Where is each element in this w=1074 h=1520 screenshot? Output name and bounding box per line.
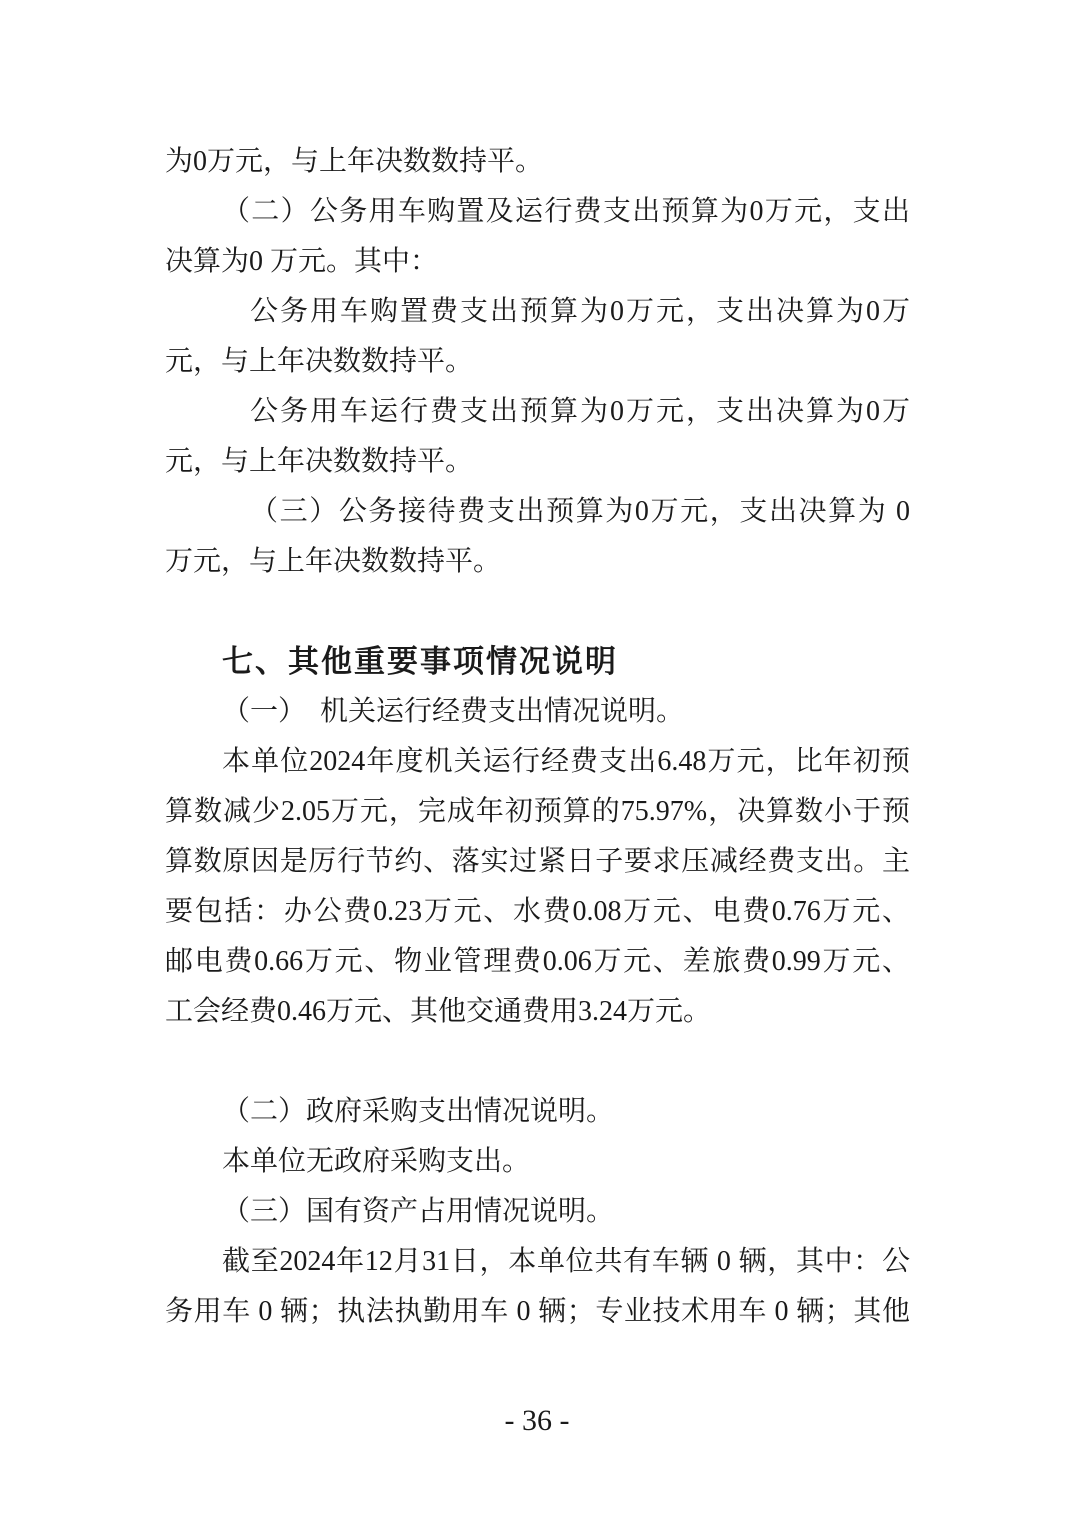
document-page: 为0万元，与上年决数数持平。（二）公务用车购置及运行费支出预算为0万元，支出决算…: [0, 0, 1074, 1520]
text-line: （二）公务用车购置及运行费支出预算为0万元，支出: [165, 187, 910, 237]
text-line: 元，与上年决数数持平。: [165, 437, 910, 487]
text-line: 元，与上年决数数持平。: [165, 337, 910, 387]
text-line: （三）国有资产占用情况说明。: [165, 1187, 910, 1237]
text-line: 本单位2024年度机关运行经费支出6.48万元，比年初预: [165, 737, 910, 787]
text-line: 万元，与上年决数数持平。: [165, 537, 910, 587]
section-heading: 七、其他重要事项情况说明: [165, 637, 910, 687]
text-line: 要包括：办公费0.23万元、水费0.08万元、电费0.76万元、: [165, 887, 910, 937]
text-line: 为0万元，与上年决数数持平。: [165, 137, 910, 187]
text-line: 工会经费0.46万元、其他交通费用3.24万元。: [165, 987, 910, 1037]
text-line: （三）公务接待费支出预算为0万元，支出决算为 0: [165, 487, 910, 537]
text-line: 务用车 0 辆；执法执勤用车 0 辆；专业技术用车 0 辆；其他: [165, 1287, 910, 1337]
text-line: 算数原因是厉行节约、落实过紧日子要求压减经费支出。主: [165, 837, 910, 887]
text-line: 本单位无政府采购支出。: [165, 1137, 910, 1187]
text-line: 公务用车购置费支出预算为0万元，支出决算为0万: [165, 287, 910, 337]
page-number: - 36 -: [0, 1396, 1074, 1446]
text-line: 算数减少2.05万元，完成年初预算的75.97%，决算数小于预: [165, 787, 910, 837]
text-line: （二）政府采购支出情况说明。: [165, 1087, 910, 1137]
text-line: 邮电费0.66万元、物业管理费0.06万元、差旅费0.99万元、: [165, 937, 910, 987]
text-line: 截至2024年12月31日，本单位共有车辆 0 辆，其中：公: [165, 1237, 910, 1287]
text-line: （一） 机关运行经费支出情况说明。: [165, 687, 910, 737]
text-line: 公务用车运行费支出预算为0万元，支出决算为0万: [165, 387, 910, 437]
text-line: 决算为0 万元。其中：: [165, 237, 910, 287]
document-body: 为0万元，与上年决数数持平。（二）公务用车购置及运行费支出预算为0万元，支出决算…: [165, 137, 910, 1337]
